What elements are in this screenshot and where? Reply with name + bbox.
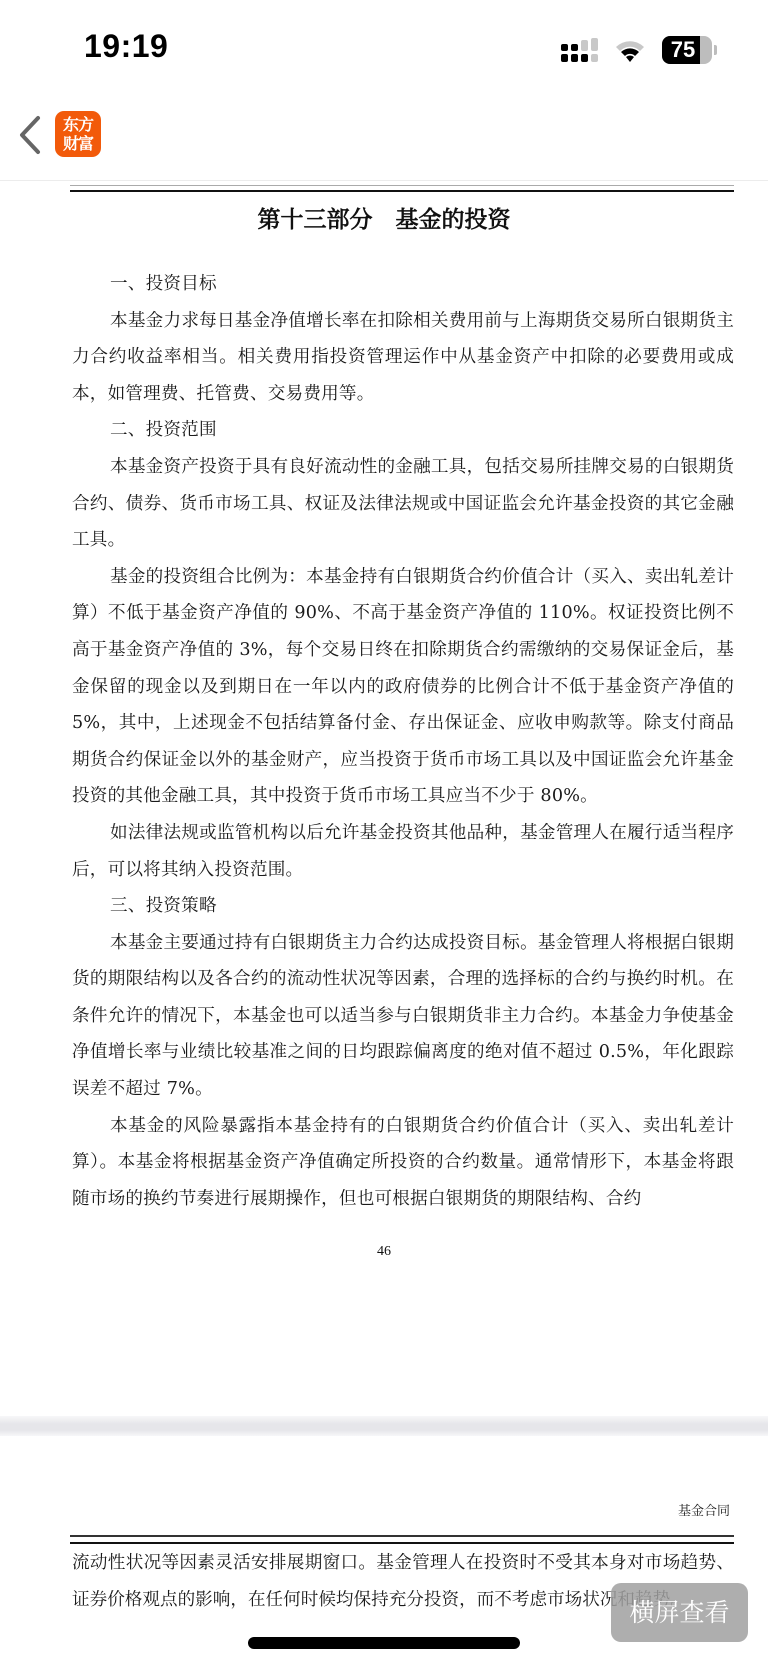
document-page[interactable]: 第十三部分 基金的投资 一、投资目标 本基金力求每日基金净值增长率在扣除相关费用… (0, 181, 768, 1416)
battery-nub (714, 45, 717, 55)
page-number: 46 (0, 1244, 768, 1260)
cellular-signal-icon (560, 38, 600, 64)
paragraph: 本基金的风险暴露指本基金持有的白银期货合约价值合计（买入、卖出轧差计算）。本基金… (72, 1108, 734, 1218)
app-logo: 东方 财富 (55, 111, 101, 157)
header-rule (70, 1535, 734, 1544)
app-logo-line2: 财富 (55, 134, 101, 153)
document-body: 一、投资目标 本基金力求每日基金净值增长率在扣除相关费用前与上海期货交易所白银期… (72, 266, 734, 1217)
landscape-view-button[interactable]: 横屏查看 (611, 1583, 748, 1642)
status-bar: 19:19 75 (0, 0, 768, 100)
status-time: 19:19 (84, 28, 168, 65)
header-rule (70, 185, 734, 192)
battery-percent: 75 (662, 36, 704, 64)
app-logo-line1: 东方 (55, 115, 101, 134)
battery-icon: 75 (662, 36, 712, 64)
back-button[interactable] (16, 112, 46, 158)
section-heading: 二、投资范围 (72, 412, 734, 449)
section-heading: 一、投资目标 (72, 266, 734, 303)
wifi-icon (614, 38, 646, 64)
paragraph: 本基金力求每日基金净值增长率在扣除相关费用前与上海期货交易所白银期货主力合约收益… (72, 303, 734, 413)
section-heading: 三、投资策略 (72, 888, 734, 925)
paragraph: 如法律法规或监管机构以后允许基金投资其他品种，基金管理人在履行适当程序后，可以将… (72, 815, 734, 888)
nav-bar: 东方 财富 (0, 100, 768, 181)
home-indicator[interactable] (248, 1637, 520, 1649)
document-title: 第十三部分 基金的投资 (0, 201, 768, 234)
chevron-left-icon (16, 112, 46, 158)
page-separator (0, 1416, 768, 1436)
paragraph: 本基金资产投资于具有良好流动性的金融工具，包括交易所挂牌交易的白银期货合约、债券… (72, 449, 734, 559)
paragraph: 基金的投资组合比例为：本基金持有白银期货合约价值合计（买入、卖出轧差计算）不低于… (72, 559, 734, 815)
paragraph: 本基金主要通过持有白银期货主力合约达成投资目标。基金管理人将根据白银期货的期限结… (72, 925, 734, 1108)
running-header: 基金合同 (678, 1500, 730, 1519)
